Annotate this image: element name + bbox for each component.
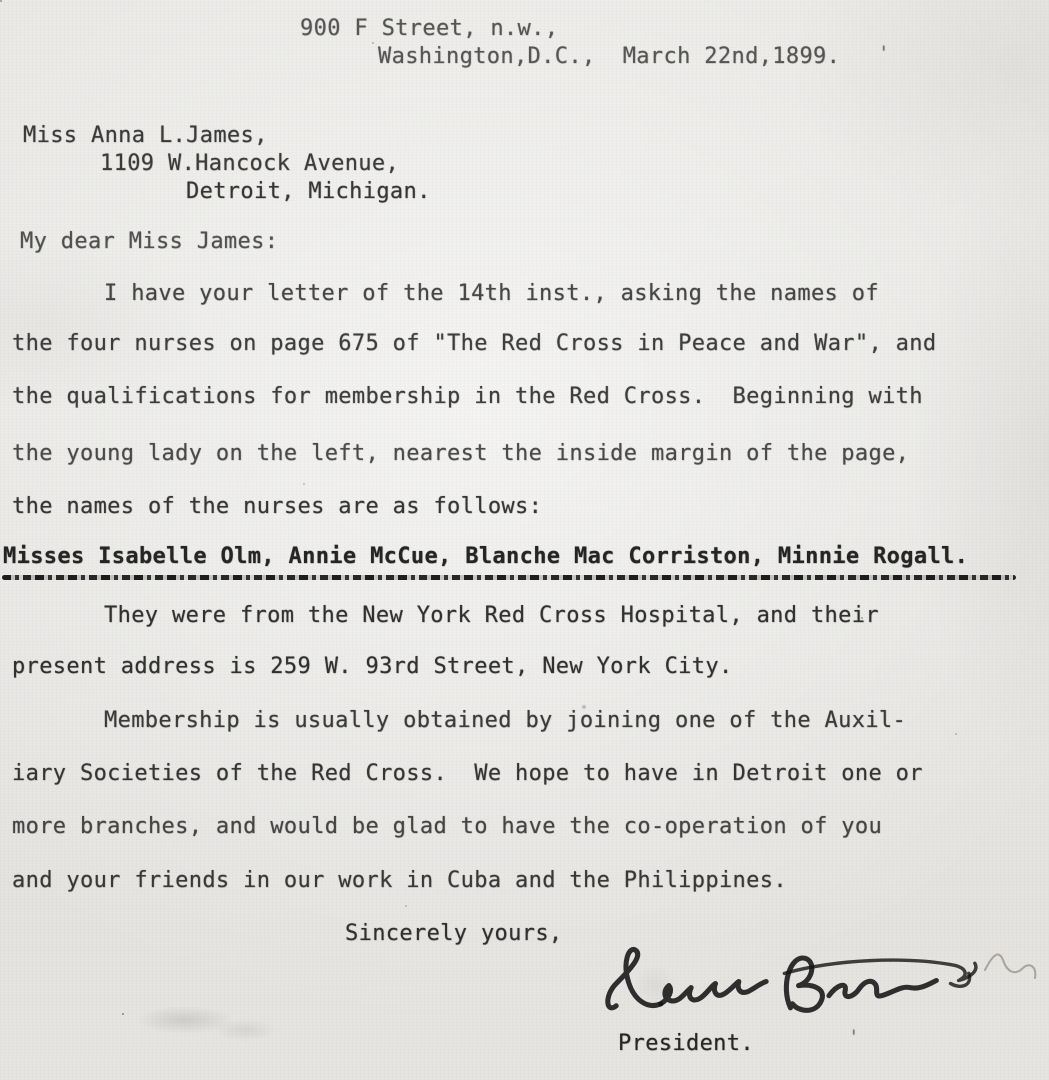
clara-barton-signature bbox=[602, 942, 987, 1020]
recipient-name-line: Miss Anna L.James, bbox=[23, 123, 268, 149]
pencil-mark bbox=[983, 946, 1045, 994]
letter-page: 900 F Street, n.w., Washington,D.C., Mar… bbox=[0, 0, 1049, 1080]
nurses-names-line: Misses Isabelle Olm, Annie McCue, Blanch… bbox=[3, 544, 968, 570]
body-line-2: the four nurses on page 675 of "The Red … bbox=[12, 331, 936, 357]
sender-date-line: Washington,D.C., March 22nd,1899. bbox=[378, 44, 840, 70]
recipient-city-line: Detroit, Michigan. bbox=[186, 179, 431, 205]
salutation: My dear Miss James: bbox=[20, 229, 278, 255]
body-line-6: They were from the New York Red Cross Ho… bbox=[104, 603, 879, 629]
paper-specks bbox=[0, 0, 2, 2]
body-line-3: the qualifications for membership in the… bbox=[12, 384, 923, 410]
closing: Sincerely yours, bbox=[345, 921, 563, 947]
body-line-5: the names of the nurses are as follows: bbox=[12, 494, 542, 520]
names-underline bbox=[2, 575, 1016, 580]
recipient-street-line: 1109 W.Hancock Avenue, bbox=[100, 151, 399, 177]
body-line-4: the young lady on the left, nearest the … bbox=[12, 441, 909, 467]
stray-mark: ' bbox=[848, 1024, 860, 1050]
signature-title: President. bbox=[618, 1031, 754, 1057]
sender-address-line: 900 F Street, n.w., bbox=[300, 16, 558, 42]
body-line-8: Membership is usually obtained by joinin… bbox=[104, 708, 906, 734]
stray-mark: ' bbox=[878, 40, 890, 66]
body-line-10: more branches, and would be glad to have… bbox=[12, 814, 882, 840]
body-line-11: and your friends in our work in Cuba and… bbox=[12, 868, 787, 894]
body-line-9: iary Societies of the Red Cross. We hope… bbox=[12, 761, 923, 787]
body-line-7: present address is 259 W. 93rd Street, N… bbox=[12, 654, 733, 680]
body-line-1: I have your letter of the 14th inst., as… bbox=[104, 281, 879, 307]
